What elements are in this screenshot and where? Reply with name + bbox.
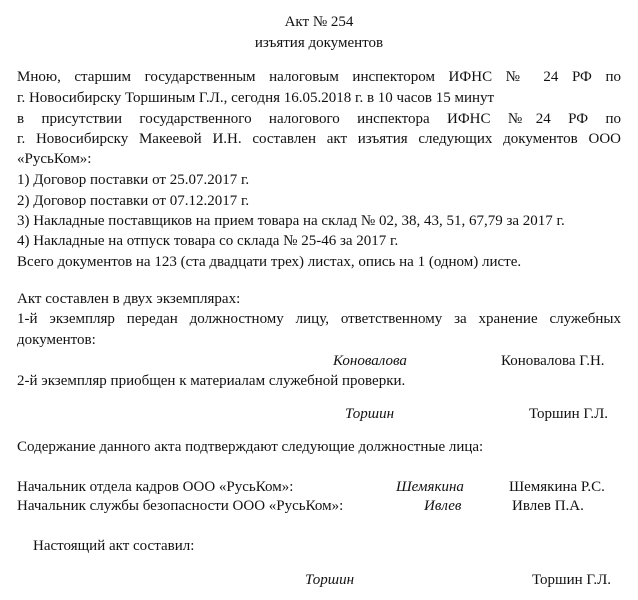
official-role: Начальник отдела кадров ООО «РусьКом»: (17, 478, 293, 496)
intro-line: г. Новосибирску Макеевой И.Н. составлен … (17, 130, 621, 148)
document-item: 2) Договор поставки от 07.12.2017 г. (17, 192, 249, 210)
documents-total: Всего документов на 123 (ста двадцати тр… (17, 253, 521, 271)
document-title: Акт № 254 (0, 13, 638, 31)
intro-line: Мною, старшим государственным налоговым … (17, 68, 621, 86)
official-role: Начальник службы безопасности ООО «РусьК… (17, 497, 343, 515)
confirm-heading: Содержание данного акта подтверждают сле… (17, 438, 483, 456)
official-name: Ивлев П.А. (512, 497, 584, 515)
copy2-signature: Торшин (345, 405, 394, 423)
copy1-line: 1-й экземпляр передан должностному лицу,… (17, 310, 621, 328)
document-item: 4) Накладные на отпуск товара со склада … (17, 232, 398, 250)
official-name: Шемякина Р.С. (509, 478, 605, 496)
official-signature: Шемякина (396, 478, 464, 496)
official-signature: Ивлев (424, 497, 461, 515)
copy1-signature: Коновалова (333, 352, 407, 370)
document-item: 1) Договор поставки от 25.07.2017 г. (17, 171, 249, 189)
document-subtitle: изъятия документов (0, 34, 638, 52)
composer-signature: Торшин (305, 571, 354, 589)
copies-heading: Акт составлен в двух экземплярах: (17, 290, 240, 308)
copy1-name: Коновалова Г.Н. (501, 352, 605, 370)
intro-line: в присутствии государственного налоговог… (17, 110, 621, 128)
intro-line: «РусьКом»: (17, 150, 91, 168)
composer-heading: Настоящий акт составил: (33, 537, 194, 555)
copy2-text: 2-й экземпляр приобщен к материалам служ… (17, 372, 405, 390)
document-item: 3) Накладные поставщиков на прием товара… (17, 212, 565, 230)
composer-name: Торшин Г.Л. (532, 571, 611, 589)
copy2-name: Торшин Г.Л. (529, 405, 608, 423)
intro-line: г. Новосибирску Торшиным Г.Л., сегодня 1… (17, 89, 494, 107)
copy1-line: документов: (17, 331, 96, 349)
